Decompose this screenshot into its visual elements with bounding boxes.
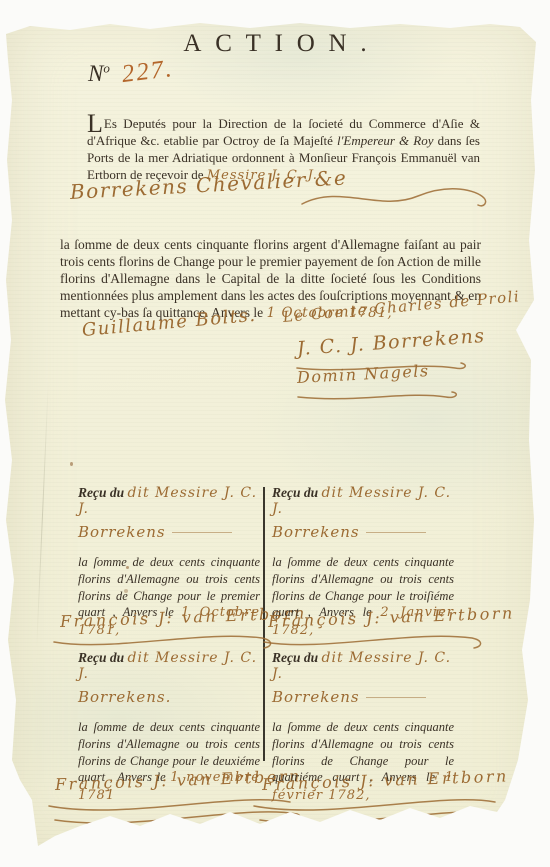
received-label: Reçu du xyxy=(78,485,124,500)
received-label: Reçu du xyxy=(78,650,124,665)
pen-dash xyxy=(366,697,426,698)
serial-value-handwritten: 227. xyxy=(120,55,175,89)
receipt-column-divider xyxy=(263,487,265,761)
handwritten-payer-line2: Borrekens xyxy=(272,523,454,541)
receipt-header: Reçu du dit Messire J. C. J. xyxy=(272,650,454,682)
pen-flourish xyxy=(300,182,490,216)
receipt-header: Reçu du dit Messire J. C. J. xyxy=(272,485,454,517)
handwritten-payer-line2: Borrekens xyxy=(272,688,454,706)
scanned-certificate-page: ACTION. No 227. LEs Deputés pour la Dire… xyxy=(0,0,550,867)
paper-sheet: ACTION. No 227. LEs Deputés pour la Dire… xyxy=(0,0,550,867)
intro-text-italic: l'Empereur & Roy xyxy=(337,133,433,148)
received-label: Reçu du xyxy=(272,485,318,500)
paper-crease xyxy=(36,380,49,650)
signature-underline-flourish-2 xyxy=(296,388,466,406)
pen-dash xyxy=(366,532,426,533)
receipt-header: Reçu du dit Messire J. C. J. xyxy=(78,485,260,517)
document-title: ACTION. xyxy=(0,30,550,58)
handwritten-payer-line2: Borrekens xyxy=(78,523,260,541)
received-label: Reçu du xyxy=(272,650,318,665)
serial-label: N xyxy=(88,61,103,86)
ink-speck xyxy=(70,462,73,466)
serial-sup: o xyxy=(103,60,110,75)
handwritten-payer-line2: Borrekens. xyxy=(78,688,260,706)
serial-number: No 227. xyxy=(88,60,173,88)
signature-flourish-4 xyxy=(250,790,510,834)
receipt-header: Reçu du dit Messire J. C. J. xyxy=(78,650,260,682)
signature-borrekens: J. C. J. Borrekens xyxy=(296,325,486,360)
pen-dash xyxy=(172,532,232,533)
